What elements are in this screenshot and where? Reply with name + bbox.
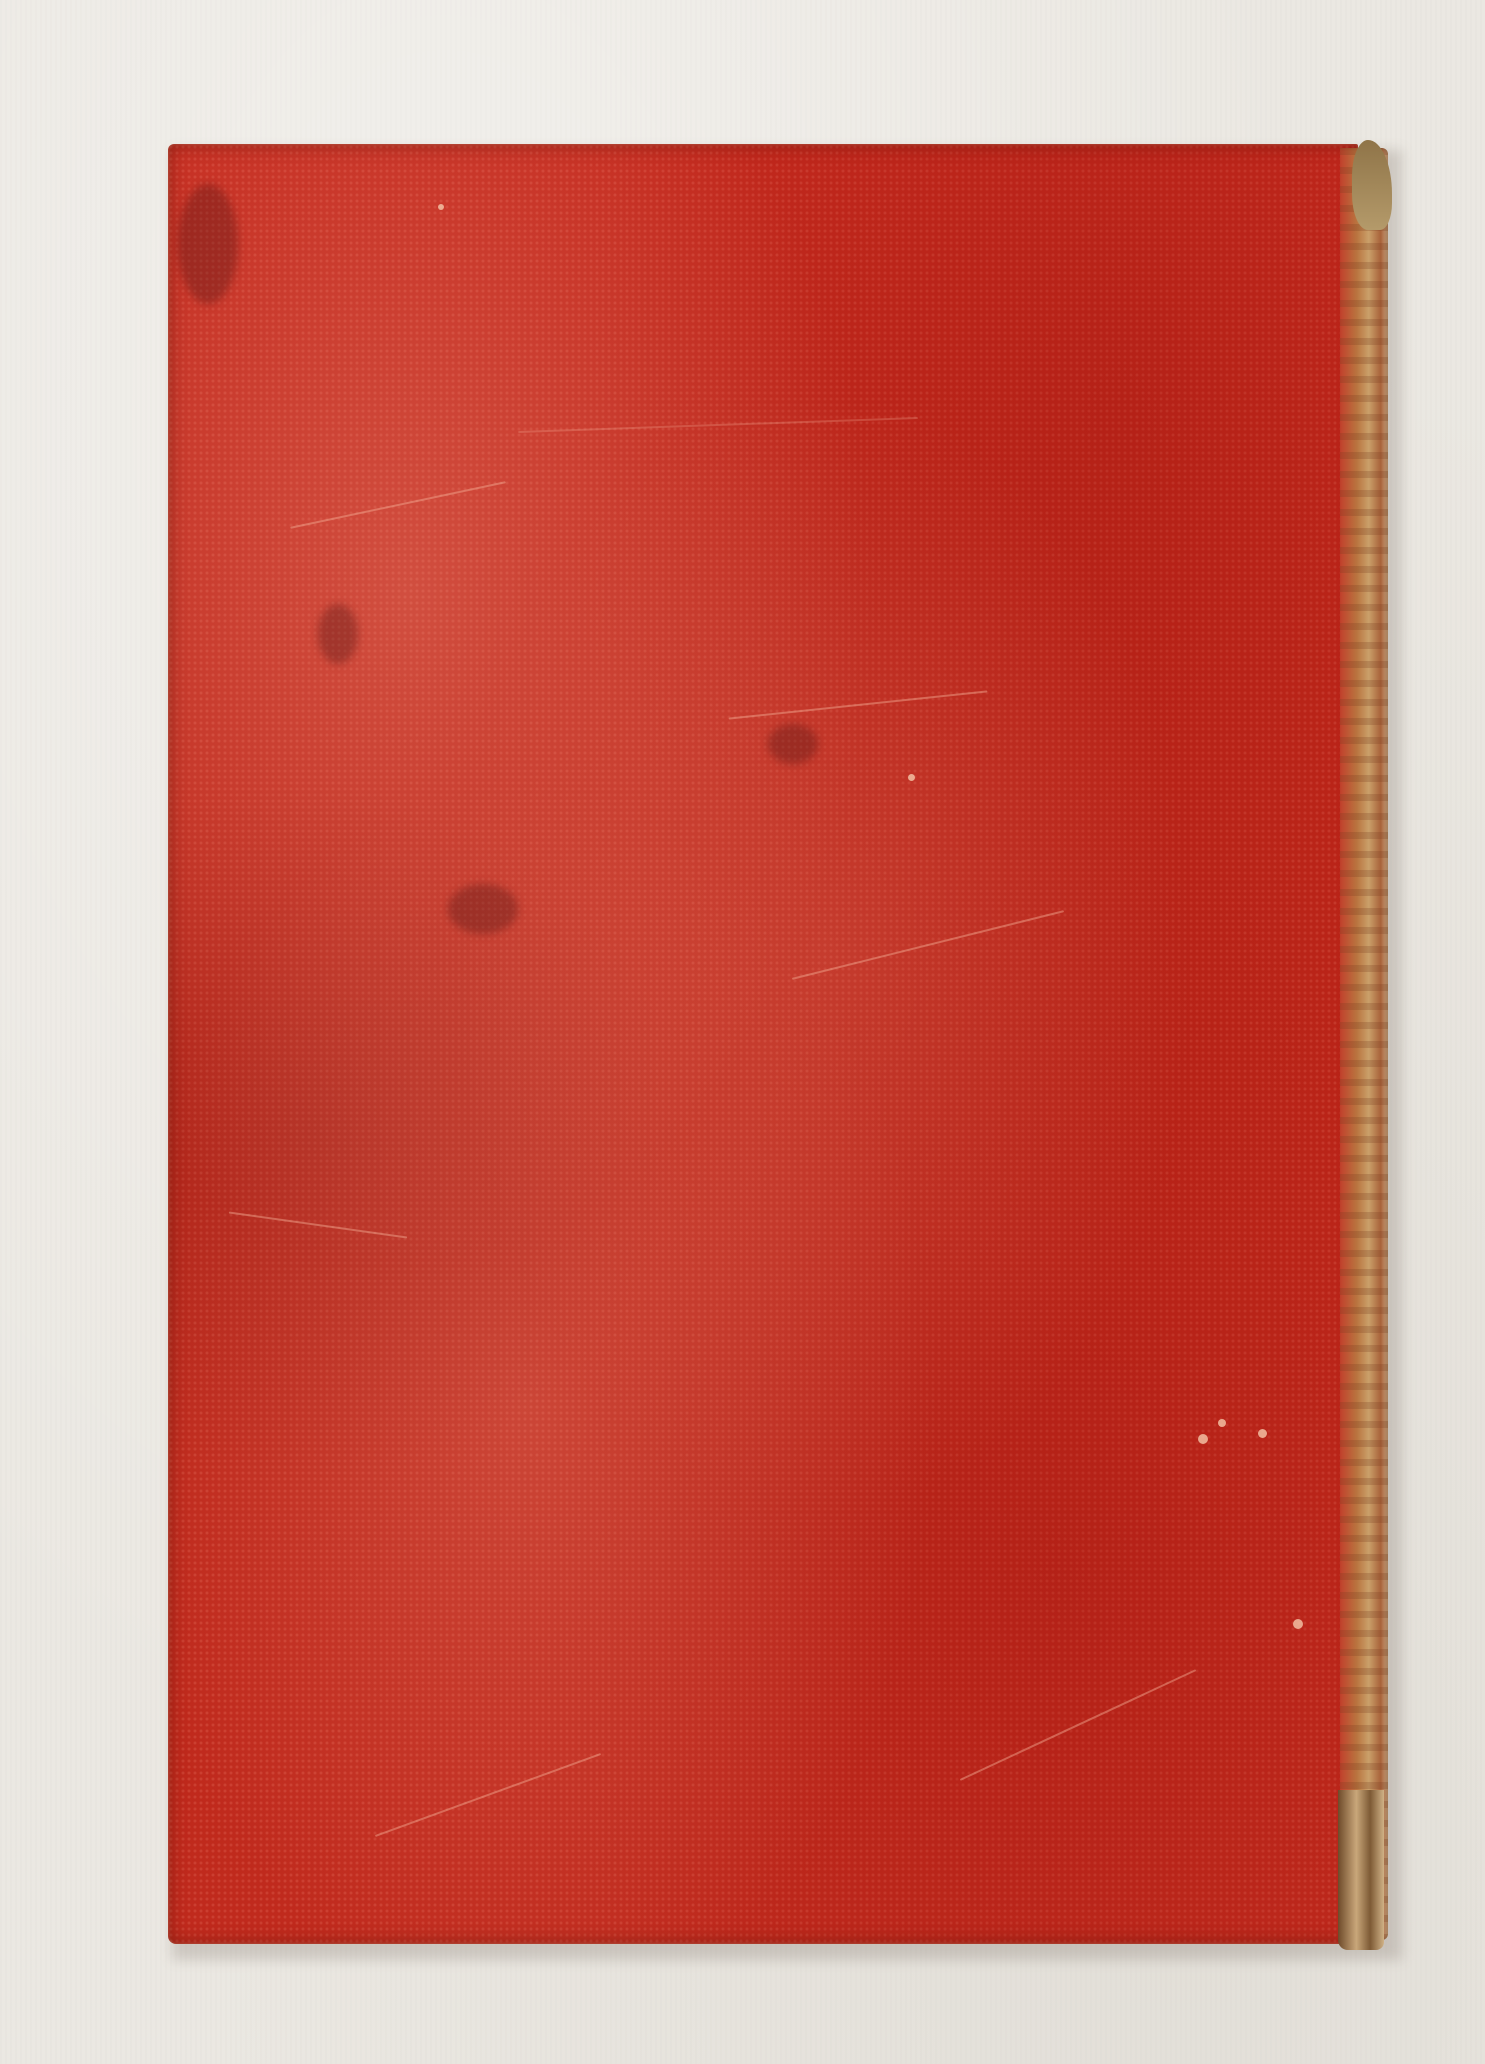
scratch — [518, 417, 918, 433]
scratch — [792, 910, 1064, 980]
book-back-cover — [168, 144, 1358, 1944]
worn-stain — [448, 884, 518, 934]
wear-spot — [1198, 1434, 1208, 1444]
worn-stain — [178, 184, 238, 304]
scratch — [729, 690, 988, 719]
wear-spot — [1258, 1429, 1267, 1438]
worn-stain — [768, 724, 818, 764]
worn-stain — [318, 604, 358, 664]
scratch — [960, 1669, 1196, 1781]
book-spine — [1340, 148, 1388, 1940]
wear-spot — [1218, 1419, 1226, 1427]
scratch — [290, 481, 506, 529]
wear-spot — [438, 204, 444, 210]
wear-spot — [1293, 1619, 1303, 1629]
scratch — [229, 1211, 408, 1238]
scratch — [375, 1753, 601, 1837]
wear-spot — [908, 774, 915, 781]
spine-bottom-frayed-cloth — [1338, 1790, 1384, 1950]
